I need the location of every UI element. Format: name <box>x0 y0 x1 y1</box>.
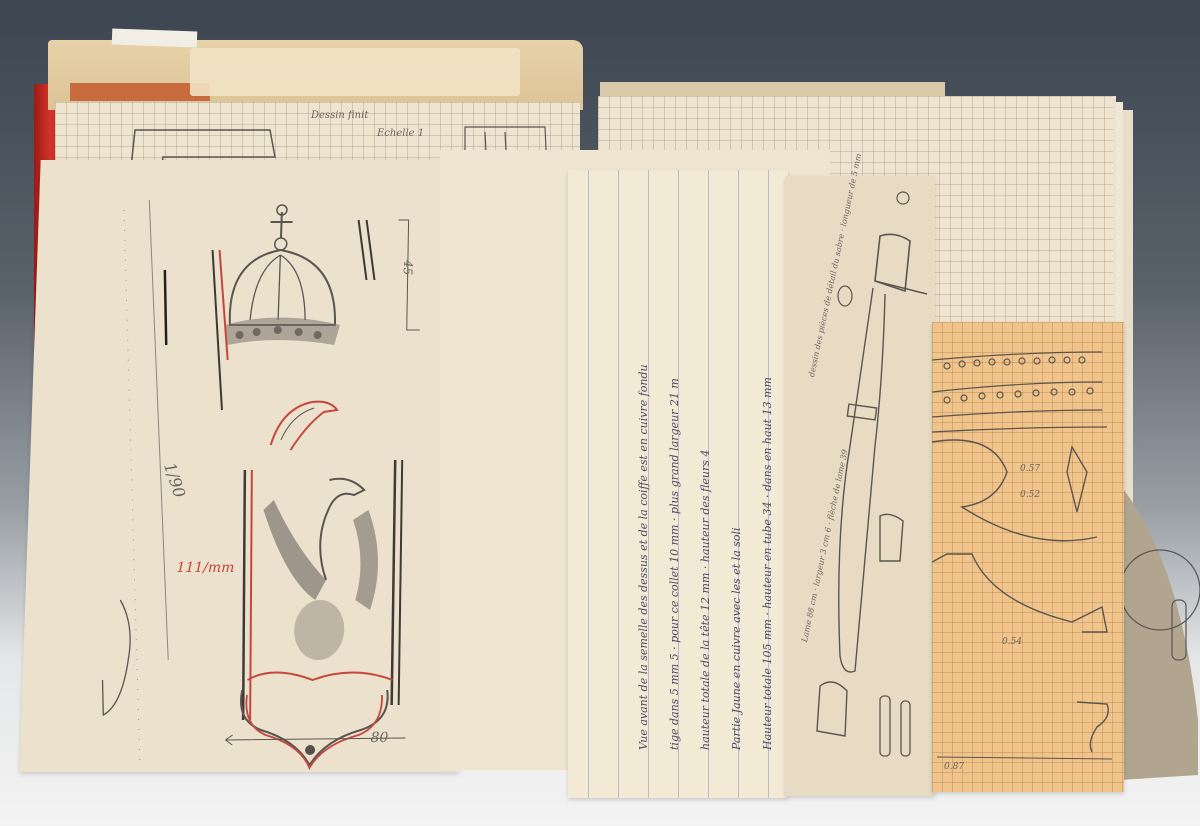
notes-line: tige dans 5 mm 5 · pour ce collet 10 mm … <box>659 210 690 750</box>
notes-line: Vue avant de la semelle des dessus et de… <box>628 210 659 750</box>
crown-sketch-icon <box>224 205 344 345</box>
notes-line: hauteur totale de la tête 12 mm · hauteu… <box>690 210 721 750</box>
dimension-057: 0.57 <box>1020 464 1040 474</box>
dimension-80: 80 <box>370 730 388 746</box>
bracket-ornament-sketch-icon <box>932 440 1112 759</box>
annotation-dessin-finit: Dessin finit <box>311 110 368 121</box>
paper-stack-edge-white <box>112 29 198 48</box>
orange-ornament-sheet: 0.57 0.52 0.54 0.87 <box>932 322 1124 792</box>
dimension-054: 0.54 <box>1002 637 1022 647</box>
eagle-sketch-sheet: 1/90 80 45 30 111/mm <box>19 160 480 772</box>
paper-stack-orange-strip <box>70 83 210 101</box>
red-annotation: 111/mm <box>176 560 235 576</box>
dimension-052: 0.52 <box>1020 490 1040 500</box>
annotation-echelle: Echelle 1 <box>377 128 424 139</box>
eagle-head-sketch-icon <box>271 402 338 450</box>
notes-line: Partie Jaune en cuivre avec les et la so… <box>721 210 752 750</box>
pencil-strokes <box>160 220 377 410</box>
handwritten-notes-sheet: Vue avant de la semelle des dessus et de… <box>568 170 788 798</box>
profile-curve <box>101 600 131 715</box>
dimension-087: 0.87 <box>944 762 964 772</box>
paper-stack-translucent <box>190 48 520 96</box>
saber-sketch-sheet: dessin des pièces de détail du sabre · l… <box>785 176 935 796</box>
dimension-45: 45 <box>401 260 416 275</box>
notes-line: Hauteur totale 105 mm · hauteur en tube … <box>752 210 783 750</box>
eagle-plate-sketch-icon <box>234 460 407 768</box>
crown-band-sketch-icon <box>932 352 1107 432</box>
